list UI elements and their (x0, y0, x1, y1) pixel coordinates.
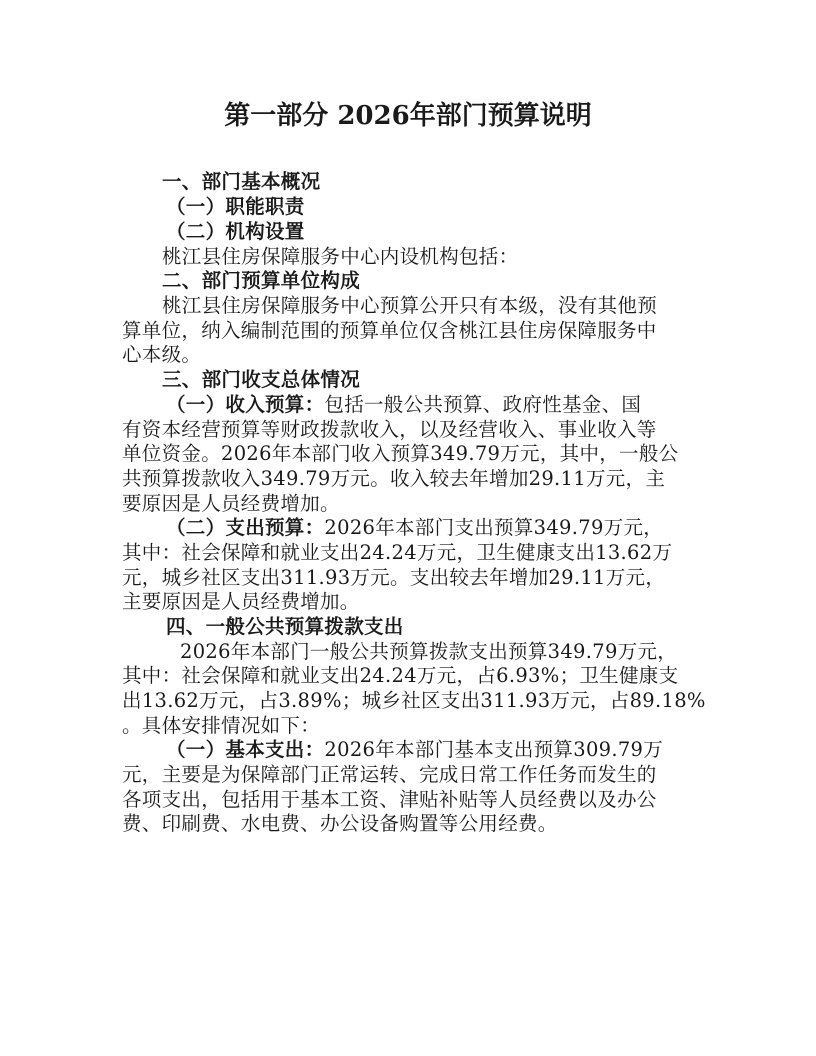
paragraph-line: 其中：社会保障和就业支出24.24万元，占6.93%；卫生健康支 (122, 664, 678, 688)
paragraph-line: 桃江县住房保障服务中心预算公开只有本级，没有其他预 (162, 294, 657, 318)
bold-label: （一）职能职责 (166, 195, 305, 218)
body-text: 费、印刷费、水电费、办公设备购置等公用经费。 (122, 812, 558, 835)
body-text: 单位资金。2026年本部门收入预算349.79万元，其中，一般公 (122, 442, 678, 465)
body-text: 包括一般公共预算、政府性基金、国 (324, 393, 641, 416)
body-text: 2026年本部门基本支出预算309.79万 (324, 738, 663, 761)
paragraph-line: 主要原因是人员经费增加。 (122, 590, 360, 614)
document-page: 第一部分 2026年部门预算说明 一、部门基本概况（一）职能职责（二）机构设置桃… (0, 0, 816, 1056)
paragraph-line: 有资本经营预算等财政拨款收入，以及经营收入、事业收入等 (122, 418, 657, 442)
paragraph-line: 。具体安排情况如下： (122, 714, 320, 738)
section-heading: 三、部门收支总体情况 (162, 368, 360, 392)
paragraph-line: 单位资金。2026年本部门收入预算349.79万元，其中，一般公 (122, 442, 678, 466)
page-title: 第一部分 2026年部门预算说明 (0, 95, 816, 132)
paragraph-line: 费、印刷费、水电费、办公设备购置等公用经费。 (122, 812, 558, 836)
body-text: 2026年本部门一般公共预算拨款支出预算349.79万元， (180, 640, 677, 663)
body-text: 要原因是人员经费增加。 (122, 492, 340, 515)
bold-label: （二）机构设置 (166, 220, 305, 243)
paragraph-line: 桃江县住房保障服务中心内设机构包括： (162, 245, 518, 269)
body-text: 其中：社会保障和就业支出24.24万元，卫生健康支出13.62万 (122, 541, 672, 564)
paragraph-line: 算单位，纳入编制范围的预算单位仅含桃江县住房保障服务中 (122, 319, 657, 343)
body-text: 有资本经营预算等财政拨款收入，以及经营收入、事业收入等 (122, 418, 657, 441)
paragraph-line: 2026年本部门一般公共预算拨款支出预算349.79万元， (180, 640, 677, 664)
paragraph-line: （一）收入预算：包括一般公共预算、政府性基金、国 (166, 393, 641, 417)
body-text: 桃江县住房保障服务中心预算公开只有本级，没有其他预 (162, 294, 657, 317)
paragraph-line: （一）基本支出：2026年本部门基本支出预算309.79万 (166, 738, 663, 762)
body-text: 各项支出，包括用于基本工资、津贴补贴等人员经费以及办公 (122, 788, 657, 811)
paragraph-line: 其中：社会保障和就业支出24.24万元，卫生健康支出13.62万 (122, 541, 672, 565)
bold-label: 二、部门预算单位构成 (162, 269, 360, 292)
section-heading: （二）机构设置 (166, 220, 305, 244)
body-text: 出13.62万元，占3.89%；城乡社区支出311.93万元，占89.18% (122, 689, 706, 712)
section-heading: 四、一般公共预算拨款支出 (166, 615, 404, 639)
body-text: 心本级。 (122, 343, 201, 366)
paragraph-line: 心本级。 (122, 343, 201, 367)
body-text: 主要原因是人员经费增加。 (122, 590, 360, 613)
section-heading: （一）职能职责 (166, 195, 305, 219)
paragraph-line: 要原因是人员经费增加。 (122, 492, 340, 516)
paragraph-line: 各项支出，包括用于基本工资、津贴补贴等人员经费以及办公 (122, 788, 657, 812)
paragraph-line: （二）支出预算：2026年本部门支出预算349.79万元， (166, 516, 663, 540)
body-text: 桃江县住房保障服务中心内设机构包括： (162, 245, 518, 268)
bold-label: 三、部门收支总体情况 (162, 368, 360, 391)
bold-label: （二）支出预算： (166, 516, 324, 539)
bold-label: （一）基本支出： (166, 738, 324, 761)
section-heading: 一、部门基本概况 (162, 170, 320, 194)
body-text: 元，城乡社区支出311.93万元。支出较去年增加29.11万元， (122, 566, 665, 589)
paragraph-line: 共预算拨款收入349.79万元。收入较去年增加29.11万元，主 (122, 467, 665, 491)
body-text: 2026年本部门支出预算349.79万元， (324, 516, 663, 539)
paragraph-line: 元，主要是为保障部门正常运转、完成日常工作任务而发生的 (122, 763, 657, 787)
bold-label: 一、部门基本概况 (162, 170, 320, 193)
body-text: 元，主要是为保障部门正常运转、完成日常工作任务而发生的 (122, 763, 657, 786)
body-text: 算单位，纳入编制范围的预算单位仅含桃江县住房保障服务中 (122, 319, 657, 342)
body-text: 共预算拨款收入349.79万元。收入较去年增加29.11万元，主 (122, 467, 665, 490)
paragraph-line: 出13.62万元，占3.89%；城乡社区支出311.93万元，占89.18% (122, 689, 706, 713)
paragraph-line: 元，城乡社区支出311.93万元。支出较去年增加29.11万元， (122, 566, 665, 590)
bold-label: （一）收入预算： (166, 393, 324, 416)
body-text: 其中：社会保障和就业支出24.24万元，占6.93%；卫生健康支 (122, 664, 678, 687)
bold-label: 四、一般公共预算拨款支出 (166, 615, 404, 638)
body-text: 。具体安排情况如下： (122, 714, 320, 737)
section-heading: 二、部门预算单位构成 (162, 269, 360, 293)
